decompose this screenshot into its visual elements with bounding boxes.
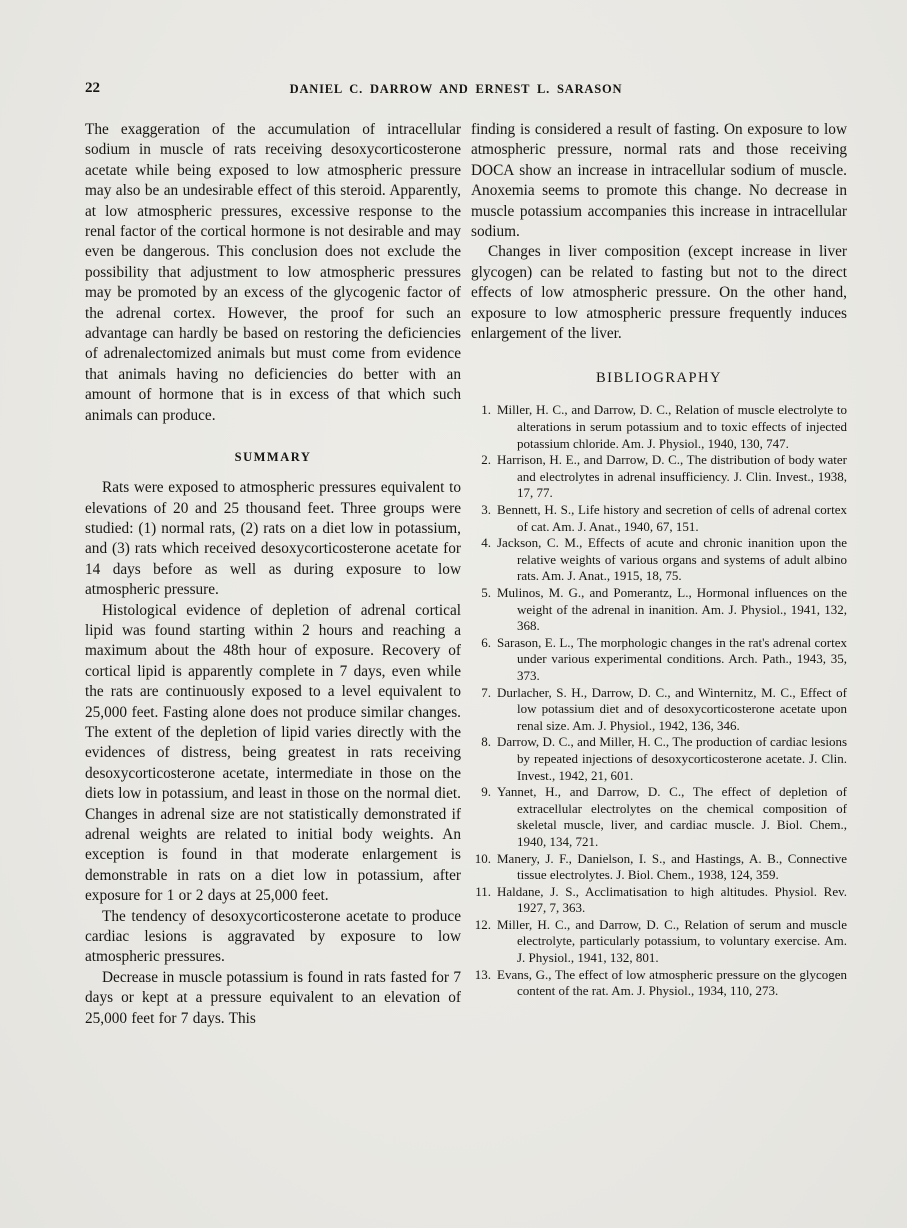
reference-number: 1. — [471, 402, 491, 419]
reference-number: 4. — [471, 535, 491, 552]
reference-text: Manery, J. F., Danielson, I. S., and Has… — [497, 851, 847, 883]
reference-text: Miller, H. C., and Darrow, D. C., Relati… — [497, 402, 847, 450]
body-paragraph: The exaggeration of the accumulation of … — [85, 120, 461, 426]
reference-number: 6. — [471, 635, 491, 652]
bibliography-heading: BIBLIOGRAPHY — [471, 370, 847, 387]
summary-heading: SUMMARY — [85, 450, 461, 465]
reference-item: 12.Miller, H. C., and Darrow, D. C., Rel… — [471, 917, 847, 967]
body-paragraph: The tendency of desoxycorticosterone ace… — [85, 907, 461, 968]
reference-text: Durlacher, S. H., Darrow, D. C., and Win… — [497, 685, 847, 733]
reference-item: 2.Harrison, H. E., and Darrow, D. C., Th… — [471, 452, 847, 502]
reference-text: Haldane, J. S., Acclimatisation to high … — [497, 884, 847, 916]
body-paragraph: Changes in liver composition (except inc… — [471, 242, 847, 344]
reference-item: 13.Evans, G., The effect of low atmosphe… — [471, 967, 847, 1000]
left-column: The exaggeration of the accumulation of … — [85, 120, 461, 1029]
paper-page: 22 DANIEL C. DARROW AND ERNEST L. SARASO… — [0, 0, 907, 1228]
reference-text: Bennett, H. S., Life history and secreti… — [497, 502, 847, 534]
body-paragraph: finding is considered a result of fastin… — [471, 120, 847, 242]
running-head: 22 DANIEL C. DARROW AND ERNEST L. SARASO… — [85, 80, 847, 106]
running-header-authors: DANIEL C. DARROW AND ERNEST L. SARASON — [85, 82, 827, 97]
reference-number: 10. — [471, 851, 491, 868]
reference-item: 9.Yannet, H., and Darrow, D. C., The eff… — [471, 784, 847, 850]
reference-number: 8. — [471, 734, 491, 751]
reference-number: 13. — [471, 967, 491, 984]
body-paragraph: Histological evidence of depletion of ad… — [85, 601, 461, 907]
reference-list: 1.Miller, H. C., and Darrow, D. C., Rela… — [471, 402, 847, 999]
reference-number: 5. — [471, 585, 491, 602]
reference-item: 5.Mulinos, M. G., and Pomerantz, L., Hor… — [471, 585, 847, 635]
reference-item: 8.Darrow, D. C., and Miller, H. C., The … — [471, 734, 847, 784]
right-column: finding is considered a result of fastin… — [471, 120, 847, 1029]
reference-text: Harrison, H. E., and Darrow, D. C., The … — [497, 452, 847, 500]
body-paragraph: Decrease in muscle potassium is found in… — [85, 968, 461, 1029]
reference-item: 7.Durlacher, S. H., Darrow, D. C., and W… — [471, 685, 847, 735]
reference-item: 4.Jackson, C. M., Effects of acute and c… — [471, 535, 847, 585]
reference-text: Sarason, E. L., The morphologic changes … — [497, 635, 847, 683]
reference-number: 11. — [471, 884, 491, 901]
reference-item: 3.Bennett, H. S., Life history and secre… — [471, 502, 847, 535]
reference-number: 12. — [471, 917, 491, 934]
reference-text: Darrow, D. C., and Miller, H. C., The pr… — [497, 734, 847, 782]
reference-item: 10.Manery, J. F., Danielson, I. S., and … — [471, 851, 847, 884]
reference-text: Jackson, C. M., Effects of acute and chr… — [497, 535, 847, 583]
reference-item: 6.Sarason, E. L., The morphologic change… — [471, 635, 847, 685]
reference-number: 9. — [471, 784, 491, 801]
reference-item: 11.Haldane, J. S., Acclimatisation to hi… — [471, 884, 847, 917]
reference-number: 7. — [471, 685, 491, 702]
reference-text: Evans, G., The effect of low atmospheric… — [497, 967, 847, 999]
reference-item: 1.Miller, H. C., and Darrow, D. C., Rela… — [471, 402, 847, 452]
reference-number: 3. — [471, 502, 491, 519]
reference-number: 2. — [471, 452, 491, 469]
body-paragraph: Rats were exposed to atmospheric pressur… — [85, 478, 461, 600]
two-column-layout: The exaggeration of the accumulation of … — [85, 120, 847, 1029]
reference-text: Mulinos, M. G., and Pomerantz, L., Hormo… — [497, 585, 847, 633]
reference-text: Miller, H. C., and Darrow, D. C., Relati… — [497, 917, 847, 965]
reference-text: Yannet, H., and Darrow, D. C., The effec… — [497, 784, 847, 849]
